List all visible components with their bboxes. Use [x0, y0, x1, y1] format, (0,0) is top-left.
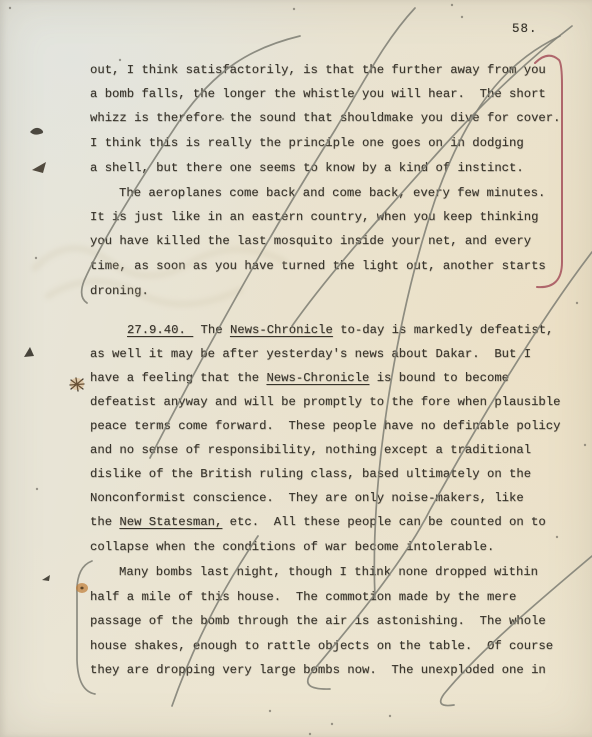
text-line: you have killed the last mosquito inside…: [90, 234, 531, 248]
typewritten-text-block: out, I think satisfactorily, is that the…: [0, 0, 592, 737]
text-line: have a feeling that the News-Chronicle i…: [90, 371, 509, 385]
text-line: house shakes, enough to rattle objects o…: [90, 639, 553, 653]
text-line: as well it may be after yesterday's news…: [90, 347, 531, 361]
text-line: collapse when the conditions of war beco…: [90, 540, 494, 554]
text-line: Nonconformist conscience. They are only …: [90, 491, 524, 505]
text-line: they are dropping very large bombs now. …: [90, 663, 546, 677]
text-line: peace terms come forward. These people h…: [90, 419, 560, 433]
text-line: dislike of the British ruling class, bas…: [90, 467, 531, 481]
text-line: I think this is really the principle one…: [90, 136, 524, 150]
text-line: a bomb falls, the longer the whistle you…: [90, 87, 546, 101]
text-line: It is just like in an eastern country, w…: [90, 210, 538, 224]
text-line: defeatist anyway and will be promptly to…: [90, 395, 560, 409]
text-line: and no sense of responsibility, nothing …: [90, 443, 531, 457]
text-line: the New Statesman, etc. All these people…: [90, 515, 546, 529]
text-line: half a mile of this house. The commotion…: [90, 590, 516, 604]
text-line: time, as soon as you have turned the lig…: [90, 259, 546, 273]
text-line: a shell, but there one seems to know by …: [90, 161, 524, 175]
text-line: whizz is therefore the sound that should…: [90, 111, 560, 125]
manuscript-page: 58. out, I think satisfactorily, is that…: [0, 0, 592, 737]
text-line: passage of the bomb through the air is a…: [90, 614, 546, 628]
text-line: out, I think satisfactorily, is that the…: [90, 63, 546, 77]
text-line: Many bombs last night, though I think no…: [119, 565, 538, 579]
text-line: The aeroplanes come back and come back, …: [119, 186, 545, 200]
text-line: 27.9.40. The News-Chronicle to-day is ma…: [127, 323, 553, 337]
text-line: droning.: [90, 284, 149, 298]
